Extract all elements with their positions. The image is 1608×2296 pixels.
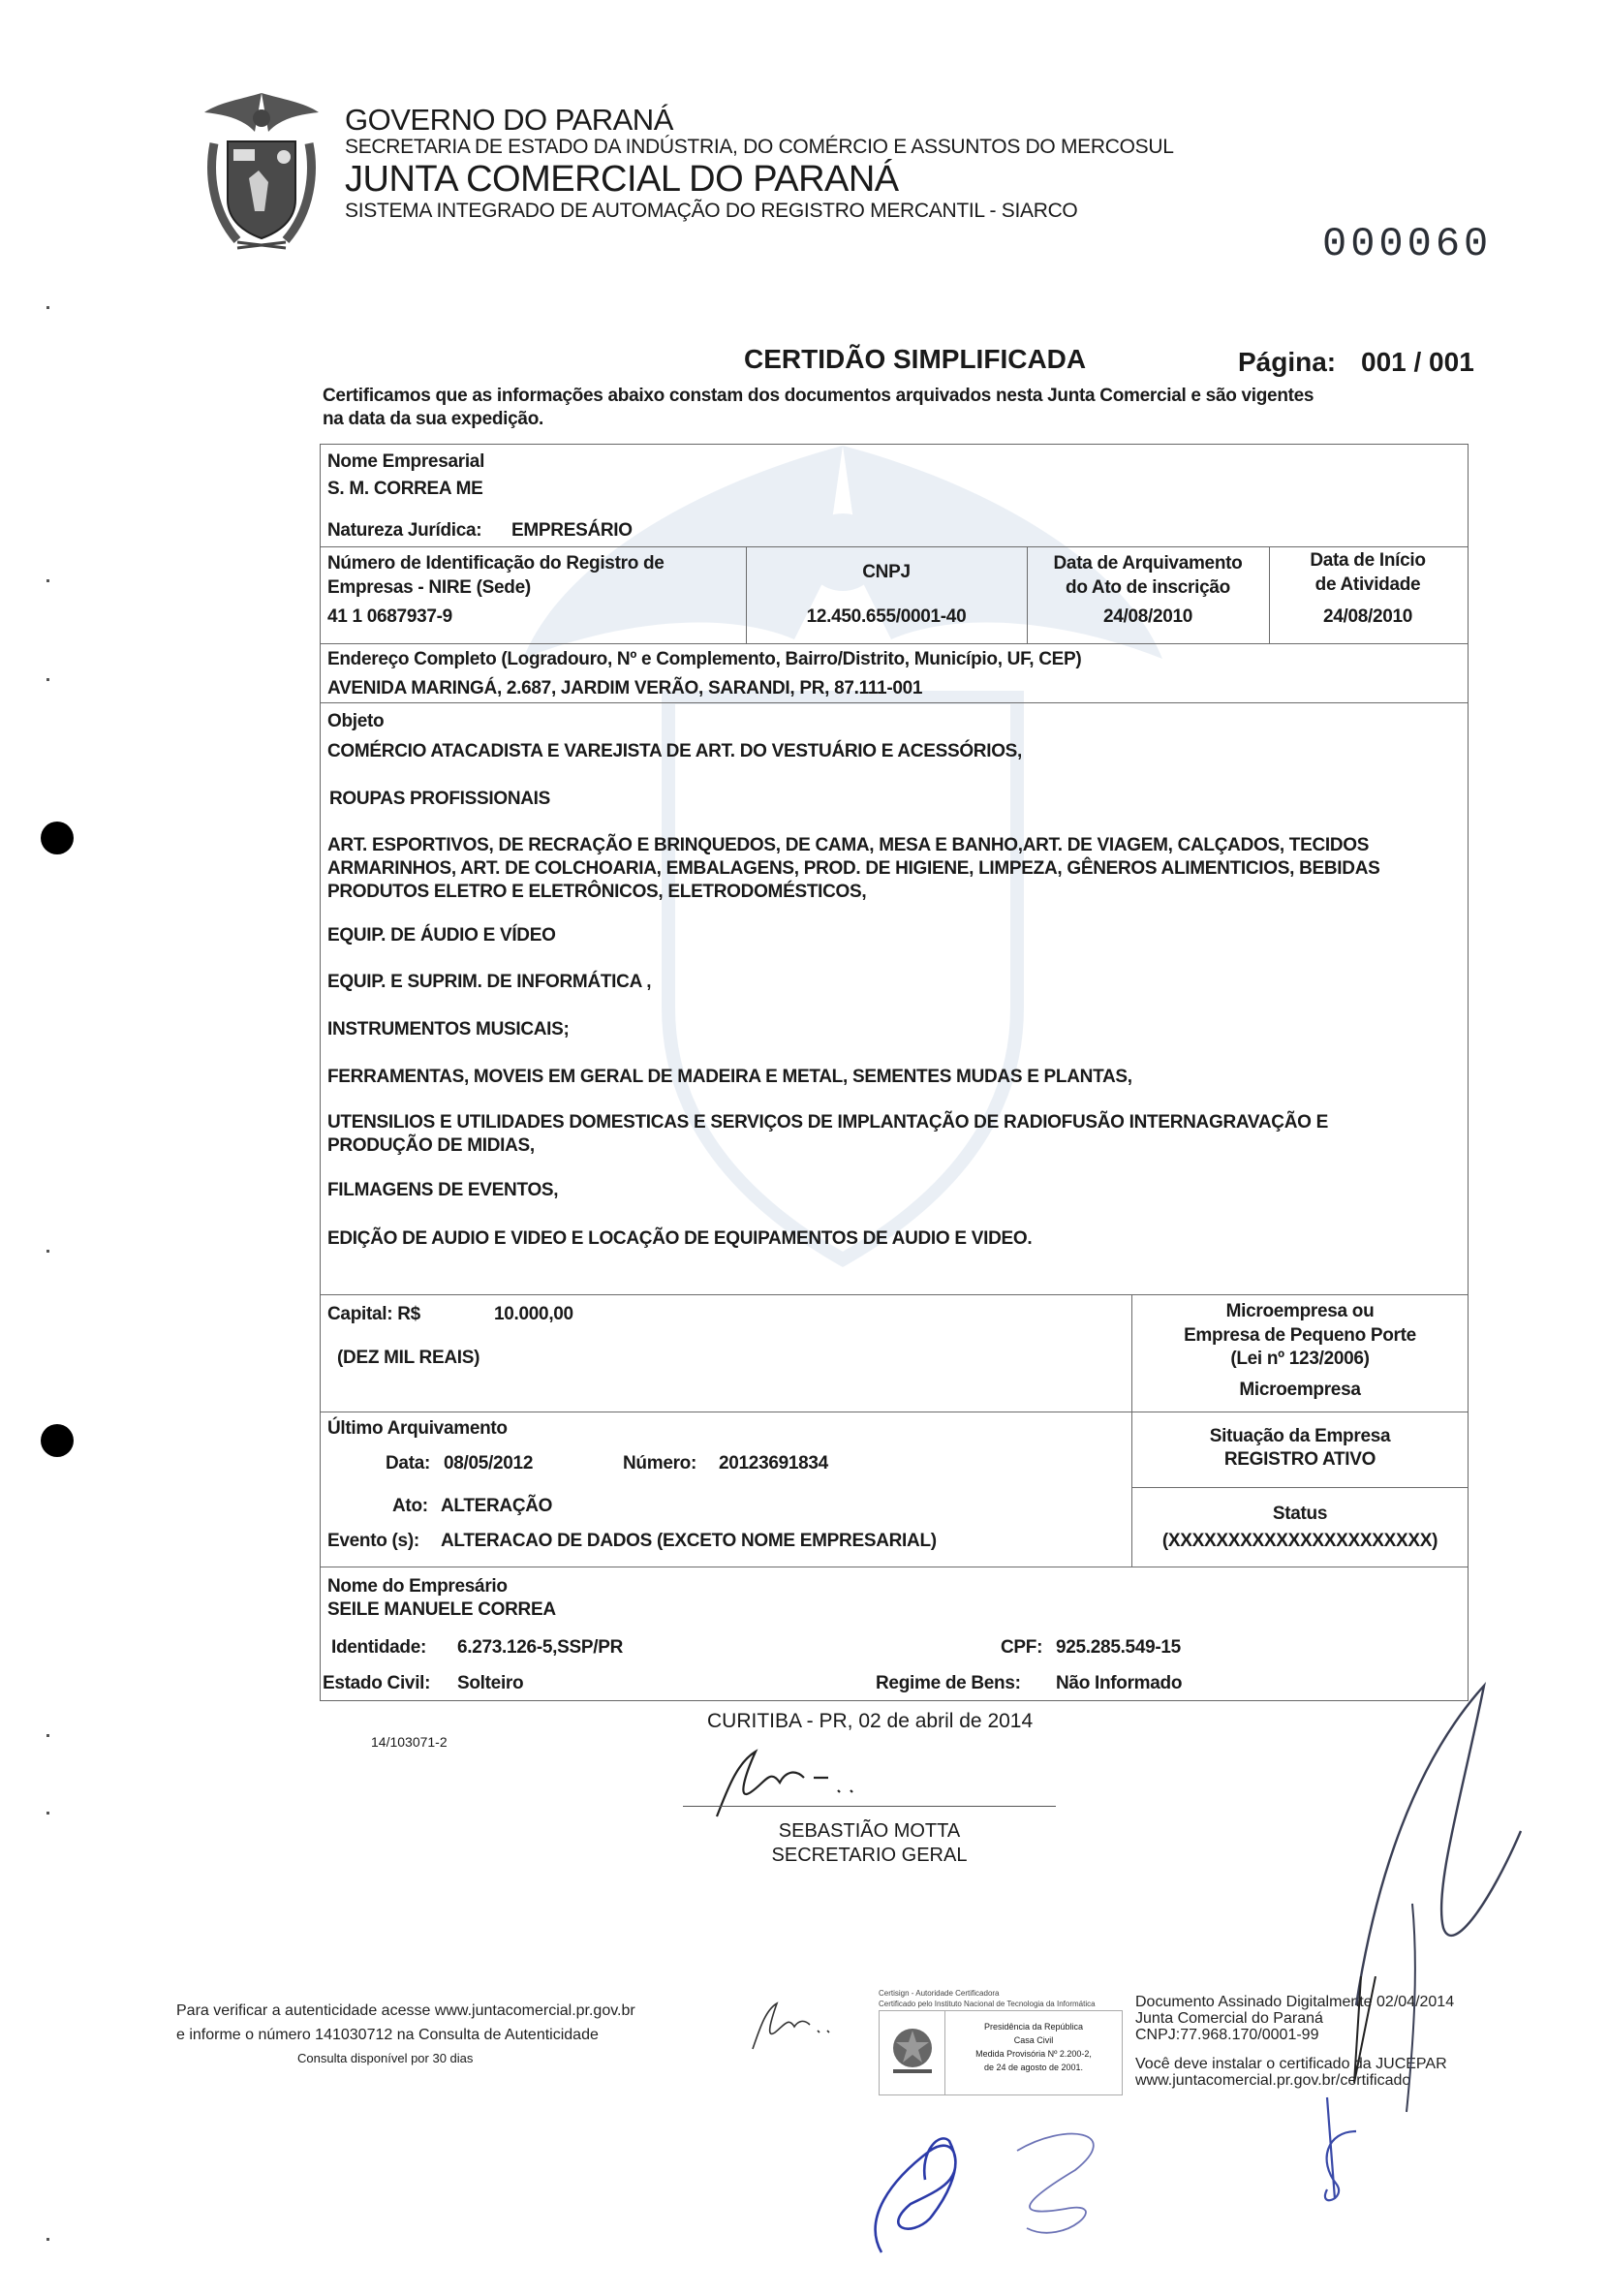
brazil-coat-of-arms-icon: [889, 2023, 936, 2079]
last-filing-date-label: Data:: [386, 1453, 430, 1474]
marital-status-value: Solteiro: [457, 1673, 523, 1694]
scan-mark: [46, 306, 49, 309]
last-filing-date-value: 08/05/2012: [444, 1453, 533, 1474]
last-filing-act-label: Ato:: [392, 1496, 428, 1517]
signer-title: SECRETARIO GERAL: [683, 1845, 1056, 1867]
business-purpose-line: FILMAGENS DE EVENTOS,: [327, 1180, 558, 1201]
business-purpose-line: EQUIP. E SUPRIM. DE INFORMÁTICA ,: [327, 972, 651, 993]
filing-date-label-line-2: do Ato de inscrição: [1027, 577, 1269, 599]
scan-mark: [46, 678, 49, 681]
last-filing-event-value: ALTERACAO DE DADOS (EXCETO NOME EMPRESAR…: [441, 1531, 937, 1552]
certificate-authority-header-2: Certificado pelo Instituto Nacional de T…: [879, 2000, 1096, 2008]
scan-mark: [46, 579, 49, 582]
last-filing-number-label: Número:: [623, 1453, 696, 1474]
legal-nature-value: EMPRESÁRIO: [511, 520, 633, 542]
header-government: GOVERNO DO PARANÁ: [345, 103, 673, 138]
owner-name-value: SEILE MANUELE CORREA: [327, 1599, 556, 1621]
capital-in-words: (DEZ MIL REAIS): [337, 1348, 479, 1369]
signer-name: SEBASTIÃO MOTTA: [683, 1820, 1056, 1843]
company-size-value: Microempresa: [1131, 1380, 1469, 1401]
property-regime-value: Não Informado: [1056, 1673, 1182, 1694]
capital-label: Capital: R$: [327, 1304, 420, 1325]
scan-mark: [46, 1250, 49, 1253]
header-system: SISTEMA INTEGRADO DE AUTOMAÇÃO DO REGIST…: [345, 200, 1077, 223]
address-label: Endereço Completo (Logradouro, Nº e Comp…: [327, 649, 1081, 670]
protocol-number: 14/103071-2: [371, 1734, 448, 1750]
page-label: Página:: [1238, 347, 1336, 378]
company-name-value: S. M. CORREA ME: [327, 479, 483, 500]
business-purpose-line: COMÉRCIO ATACADISTA E VAREJISTA DE ART. …: [327, 741, 1022, 762]
header-secretariat: SECRETARIA DE ESTADO DA INDÚSTRIA, DO CO…: [345, 136, 1174, 159]
status-label: Status: [1131, 1504, 1469, 1525]
digital-signature-line-4: Você deve instalar o certificado da JUCE…: [1135, 2056, 1447, 2073]
business-purpose-line: ARMARINHOS, ART. DE COLCHOARIA, EMBALAGE…: [327, 858, 1379, 880]
business-purpose-label: Objeto: [327, 711, 384, 732]
punch-hole-bottom: [41, 1424, 74, 1457]
last-filing-label: Último Arquivamento: [327, 1418, 508, 1440]
divider: [320, 1294, 1469, 1295]
intro-text-line-2: na data da sua expedição.: [323, 409, 543, 430]
header-junta: JUNTA COMERCIAL DO PARANÁ: [345, 159, 899, 201]
business-purpose-line: ART. ESPORTIVOS, DE RECRAÇÃO E BRINQUEDO…: [327, 835, 1369, 856]
last-filing-event-label: Evento (s):: [327, 1531, 419, 1552]
company-situation-label: Situação da Empresa: [1131, 1426, 1469, 1447]
serial-number: 000060: [1322, 221, 1492, 267]
status-value: (XXXXXXXXXXXXXXXXXXXXXX): [1131, 1531, 1469, 1552]
divider: [1131, 1487, 1469, 1488]
capital-value: 10.000,00: [494, 1304, 573, 1325]
document-title: CERTIDÃO SIMPLIFICADA: [744, 344, 1086, 375]
certificate-body-1: Presidência da República: [945, 2022, 1122, 2032]
place-and-date: CURITIBA - PR, 02 de abril de 2014: [707, 1710, 1033, 1733]
legal-nature-label: Natureza Jurídica:: [327, 520, 481, 542]
digital-signature-line-3: CNPJ:77.968.170/0001-99: [1135, 2027, 1318, 2044]
identity-value: 6.273.126-5,SSP/PR: [457, 1637, 623, 1659]
nire-label-line-1: Número de Identificação do Registro de: [327, 553, 665, 574]
page-number: 001 / 001: [1361, 347, 1474, 378]
divider: [320, 546, 1469, 547]
scan-mark: [46, 1734, 49, 1737]
cnpj-label: CNPJ: [746, 562, 1027, 583]
intro-text-line-1: Certificamos que as informações abaixo c…: [323, 386, 1314, 407]
start-date-value: 24/08/2010: [1269, 606, 1467, 628]
verify-text-line-2: e informe o número 141030712 na Consulta…: [176, 2027, 599, 2044]
business-purpose-line: EDIÇÃO DE AUDIO E VIDEO E LOCAÇÃO DE EQU…: [327, 1228, 1032, 1250]
address-value: AVENIDA MARINGÁ, 2.687, JARDIM VERÃO, SA…: [327, 678, 922, 699]
verify-text-line-3: Consulta disponível por 30 dias: [297, 2051, 473, 2065]
signature-line: [683, 1806, 1056, 1807]
property-regime-label: Regime de Bens:: [876, 1673, 1021, 1694]
company-situation-value: REGISTRO ATIVO: [1131, 1449, 1469, 1471]
business-purpose-line: ROUPAS PROFISSIONAIS: [329, 789, 550, 810]
certificate-authority-header-1: Certisign - Autoridade Certificadora: [879, 1989, 1000, 1998]
divider: [320, 1412, 1469, 1412]
verify-text-line-1: Para verificar a autenticidade acesse ww…: [176, 2002, 635, 2020]
cnpj-value: 12.450.655/0001-40: [746, 606, 1027, 628]
small-signature-icon: [738, 1996, 845, 2054]
scan-mark: [46, 1812, 49, 1815]
last-filing-number-value: 20123691834: [719, 1453, 828, 1474]
parana-coat-of-arms-icon: [199, 85, 325, 250]
cpf-label: CPF:: [1001, 1637, 1042, 1659]
filing-date-label-line-1: Data de Arquivamento: [1027, 553, 1269, 574]
owner-name-label: Nome do Empresário: [327, 1576, 508, 1598]
marital-status-label: Estado Civil:: [323, 1673, 430, 1694]
punch-hole-top: [41, 822, 74, 854]
business-purpose-line: PRODUÇÃO DE MIDIAS,: [327, 1135, 535, 1157]
company-size-label-line-1: Microempresa ou: [1131, 1301, 1469, 1322]
company-size-label-line-3: (Lei nº 123/2006): [1131, 1349, 1469, 1370]
identity-label: Identidade:: [331, 1637, 426, 1659]
company-name-label: Nome Empresarial: [327, 451, 484, 473]
initials-blue-icon: [1250, 2093, 1366, 2218]
divider: [746, 546, 747, 643]
nire-value: 41 1 0687937-9: [327, 606, 452, 628]
certificate-body-3: Medida Provisória Nº 2.200-2,: [945, 2049, 1122, 2059]
initials-blue-icon: [852, 2112, 1104, 2257]
certificate-body-4: de 24 de agosto de 2001.: [945, 2063, 1122, 2072]
company-size-label-line-2: Empresa de Pequeno Porte: [1131, 1325, 1469, 1347]
divider: [320, 702, 1469, 703]
business-purpose-line: PRODUTOS ELETRO E ELETRÔNICOS, ELETRODOM…: [327, 882, 866, 903]
divider: [320, 643, 1469, 644]
digital-signature-line-1: Documento Assinado Digitalmente 02/04/20…: [1135, 1994, 1454, 2011]
cpf-value: 925.285.549-15: [1056, 1637, 1181, 1659]
start-date-label-line-2: de Atividade: [1269, 574, 1467, 596]
handwritten-signature-icon: [659, 1744, 872, 1821]
certificate-body-2: Casa Civil: [945, 2035, 1122, 2045]
business-purpose-line: EQUIP. DE ÁUDIO E VÍDEO: [327, 925, 556, 946]
business-purpose-line: INSTRUMENTOS MUSICAIS;: [327, 1019, 570, 1040]
nire-label-line-2: Empresas - NIRE (Sede): [327, 577, 531, 599]
digital-signature-line-2: Junta Comercial do Paraná: [1135, 2010, 1323, 2028]
business-purpose-line: FERRAMENTAS, MOVEIS EM GERAL DE MADEIRA …: [327, 1067, 1132, 1088]
filing-date-value: 24/08/2010: [1027, 606, 1269, 628]
business-purpose-line: UTENSILIOS E UTILIDADES DOMESTICAS E SER…: [327, 1112, 1328, 1133]
scan-mark: [46, 2238, 49, 2241]
last-filing-act-value: ALTERAÇÃO: [441, 1496, 552, 1517]
divider: [320, 1567, 1469, 1567]
certificate-link[interactable]: www.juntacomercial.pr.gov.br/certificado: [1135, 2072, 1410, 2090]
start-date-label-line-1: Data de Início: [1269, 550, 1467, 572]
